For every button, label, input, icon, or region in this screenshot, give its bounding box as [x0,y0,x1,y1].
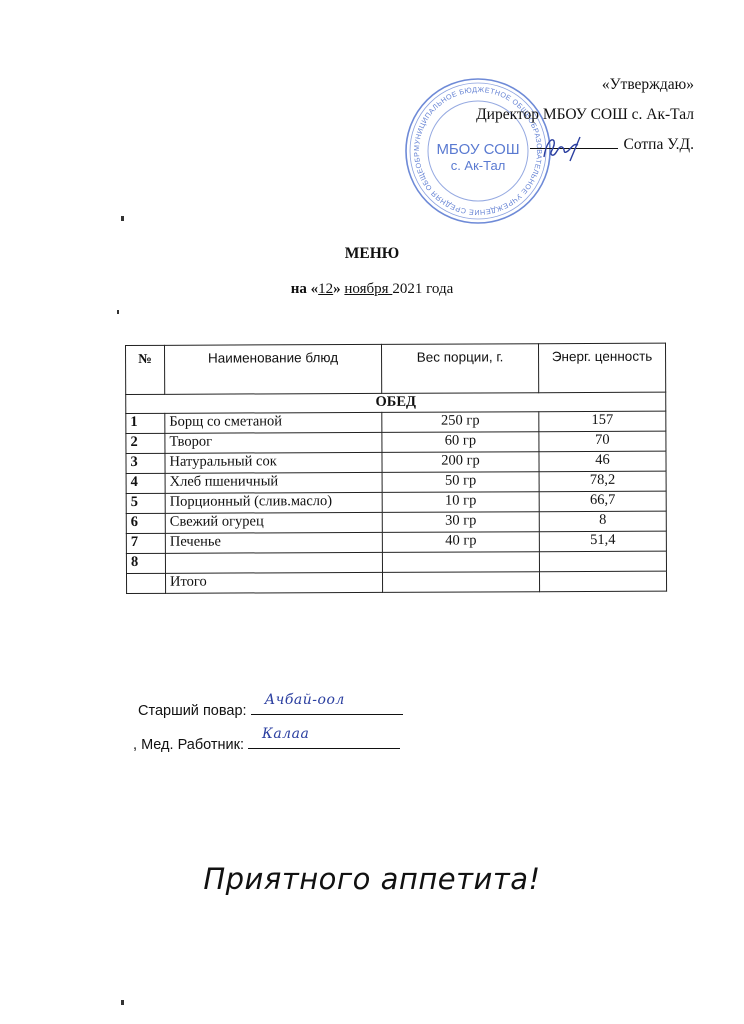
portion-weight: 30 гр [382,512,539,533]
dish-name: Порционный (слив.масло) [165,492,382,513]
approval-heading: «Утверждаю» [476,70,694,100]
energy-value: 8 [539,511,666,532]
section-row: ОБЕД [126,392,666,413]
menu-year: 2021 года [392,281,453,297]
approver-signature-line: Сотпа У.Д. [476,130,694,160]
energy-value [539,551,666,572]
row-number: 1 [126,413,165,433]
approval-block: «Утверждаю» Директор МБОУ СОШ с. Ак-Тал … [476,70,694,160]
table-row: Итого [126,571,666,593]
table-row: 4Хлеб пшеничный50 гр78,2 [126,471,666,493]
row-number [126,573,165,593]
table-header-row: № Наименование блюд Вес порции, г. Энерг… [126,343,666,394]
table-row: 1Борщ со сметаной250 гр157 [126,411,666,433]
portion-weight: 10 гр [382,492,539,513]
approver-position: Директор МБОУ СОШ с. Ак-Тал [476,100,694,130]
scan-speck [117,310,119,314]
energy-value: 157 [539,411,666,432]
cook-signature-line: Старший повар:Ачбай-оол [138,698,403,719]
dish-name: Свежий огурец [165,512,382,533]
farewell-message: Приятного аппетита! [0,862,744,896]
header-dish-name: Наименование блюд [165,344,382,394]
menu-date: на «12» ноября 2021 года [0,281,744,298]
energy-value [539,571,666,592]
approver-name: Сотпа У.Д. [624,136,694,153]
stray-mark: , [133,737,137,753]
row-number: 4 [126,473,165,493]
header-portion-weight: Вес порции, г. [381,344,538,394]
table-row: 5Порционный (слив.масло)10 гр66,7 [126,491,666,513]
menu-day: 12 [318,281,333,297]
row-number: 5 [126,493,165,513]
portion-weight: 60 гр [382,432,539,453]
page-title: МЕНЮ [0,245,744,263]
table-row: 7Печенье40 гр51,4 [126,531,666,553]
table-row: 3Натуральный сок200 гр46 [126,451,666,473]
medic-label: Мед. Работник: [141,737,244,753]
svg-text:с. Ак-Тал: с. Ак-Тал [451,158,506,173]
director-signature-icon [540,133,585,163]
medic-signature-field: Калаа [248,732,400,749]
dish-name: Натуральный сок [165,452,382,473]
dish-name [165,552,382,573]
row-number: 3 [126,453,165,473]
energy-value: 66,7 [539,491,666,512]
section-lunch: ОБЕД [126,392,666,413]
header-energy-value: Энерг. ценность [538,343,665,393]
medic-signature: Калаа [262,726,309,742]
portion-weight [382,552,539,573]
energy-value: 70 [539,431,666,452]
cook-signature-field: Ачбай-оол [251,698,403,715]
portion-weight: 250 гр [382,412,539,433]
dish-name: Хлеб пшеничный [165,472,382,493]
energy-value: 78,2 [539,471,666,492]
row-number: 7 [126,533,165,553]
menu-month: ноября [344,281,392,297]
header-number: № [126,345,165,394]
energy-value: 46 [539,451,666,472]
portion-weight [382,572,539,593]
table-row: 8 [126,551,666,573]
portion-weight: 50 гр [382,472,539,493]
medic-signature-line: , Мед. Работник:Калаа [133,732,400,753]
row-number: 8 [126,553,165,573]
dish-name: Итого [165,572,382,593]
row-number: 6 [126,513,165,533]
table-row: 2Творог60 гр70 [126,431,666,453]
cook-label: Старший повар: [138,703,247,719]
dish-name: Борщ со сметаной [165,412,382,433]
menu-table: № Наименование блюд Вес порции, г. Энерг… [125,343,667,594]
scan-speck [121,216,124,221]
energy-value: 51,4 [539,531,666,552]
dish-name: Творог [165,432,382,453]
cook-signature: Ачбай-оол [265,692,345,708]
scan-speck [121,1000,124,1005]
table-row: 6Свежий огурец30 гр8 [126,511,666,533]
portion-weight: 200 гр [382,452,539,473]
portion-weight: 40 гр [382,532,539,553]
row-number: 2 [126,433,165,453]
dish-name: Печенье [165,532,382,553]
